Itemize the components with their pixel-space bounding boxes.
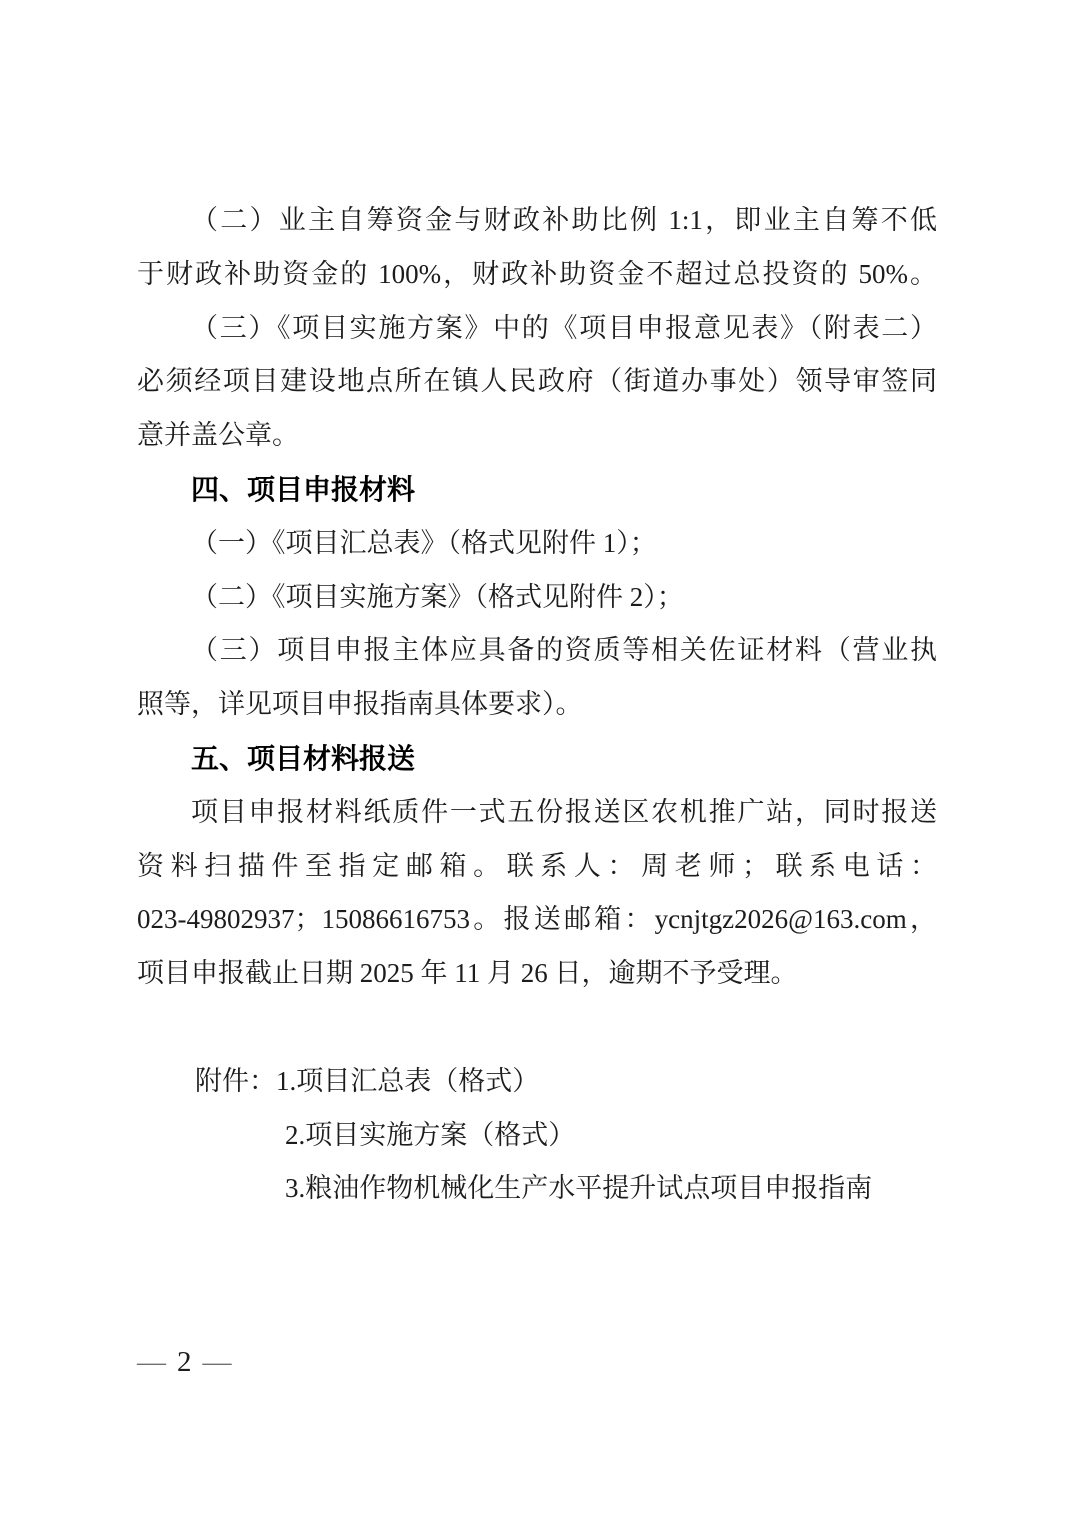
para-3-line-1: （三）《项目实施方案》中的《项目申报意见表》（附表二） bbox=[137, 302, 937, 356]
attachment-item-3: 3.粮油作物机械化生产水平提升试点项目申报指南 bbox=[137, 1162, 937, 1216]
section-5-line-1: 项目申报材料纸质件一式五份报送区农机推广站，同时报送 bbox=[137, 786, 937, 840]
footer-dash-right: — bbox=[203, 1342, 232, 1382]
para-3-line-2: 必须经项目建设地点所在镇人民政府（街道办事处）领导审签同 bbox=[137, 355, 937, 409]
attachment-item-2: 2.项目实施方案（格式） bbox=[137, 1109, 937, 1163]
section-heading-4: 四、项目申报材料 bbox=[137, 463, 937, 517]
page-number: 2 bbox=[177, 1342, 192, 1382]
document-page: （二）业主自筹资金与财政补助比例 1:1，即业主自筹不低 于财政补助资金的 10… bbox=[0, 0, 1074, 1520]
section-5-line-2: 资料扫描件至指定邮箱。联系人：周老师；联系电话： bbox=[137, 840, 937, 894]
page-footer: — 2 — bbox=[137, 1342, 232, 1382]
para-2-line-2: 于财政补助资金的 100%，财政补助资金不超过总投资的 50%。 bbox=[137, 248, 937, 302]
section-4-item-2: （二）《项目实施方案》（格式见附件 2）； bbox=[137, 571, 937, 625]
section-5-line-4: 项目申报截止日期 2025 年 11 月 26 日，逾期不予受理。 bbox=[137, 947, 937, 1001]
para-3-line-3: 意并盖公章。 bbox=[137, 409, 937, 463]
blank-line bbox=[137, 1001, 937, 1055]
document-body: （二）业主自筹资金与财政补助比例 1:1，即业主自筹不低 于财政补助资金的 10… bbox=[137, 194, 937, 1216]
attachments-line-1: 附件：1.项目汇总表（格式） bbox=[137, 1055, 937, 1109]
section-5-line-3: 023-49802937；15086616753。报送邮箱：ycnjtgz202… bbox=[137, 893, 937, 947]
attachment-item-1: 1.项目汇总表（格式） bbox=[276, 1066, 539, 1096]
footer-dash-left: — bbox=[137, 1342, 166, 1382]
para-2-line-1: （二）业主自筹资金与财政补助比例 1:1，即业主自筹不低 bbox=[137, 194, 937, 248]
section-4-item-1: （一）《项目汇总表》（格式见附件 1）； bbox=[137, 517, 937, 571]
section-4-item-3-line-2: 照等，详见项目申报指南具体要求）。 bbox=[137, 678, 937, 732]
section-heading-5: 五、项目材料报送 bbox=[137, 732, 937, 786]
section-4-item-3-line-1: （三）项目申报主体应具备的资质等相关佐证材料（营业执 bbox=[137, 624, 937, 678]
attachments-label: 附件： bbox=[195, 1066, 276, 1096]
